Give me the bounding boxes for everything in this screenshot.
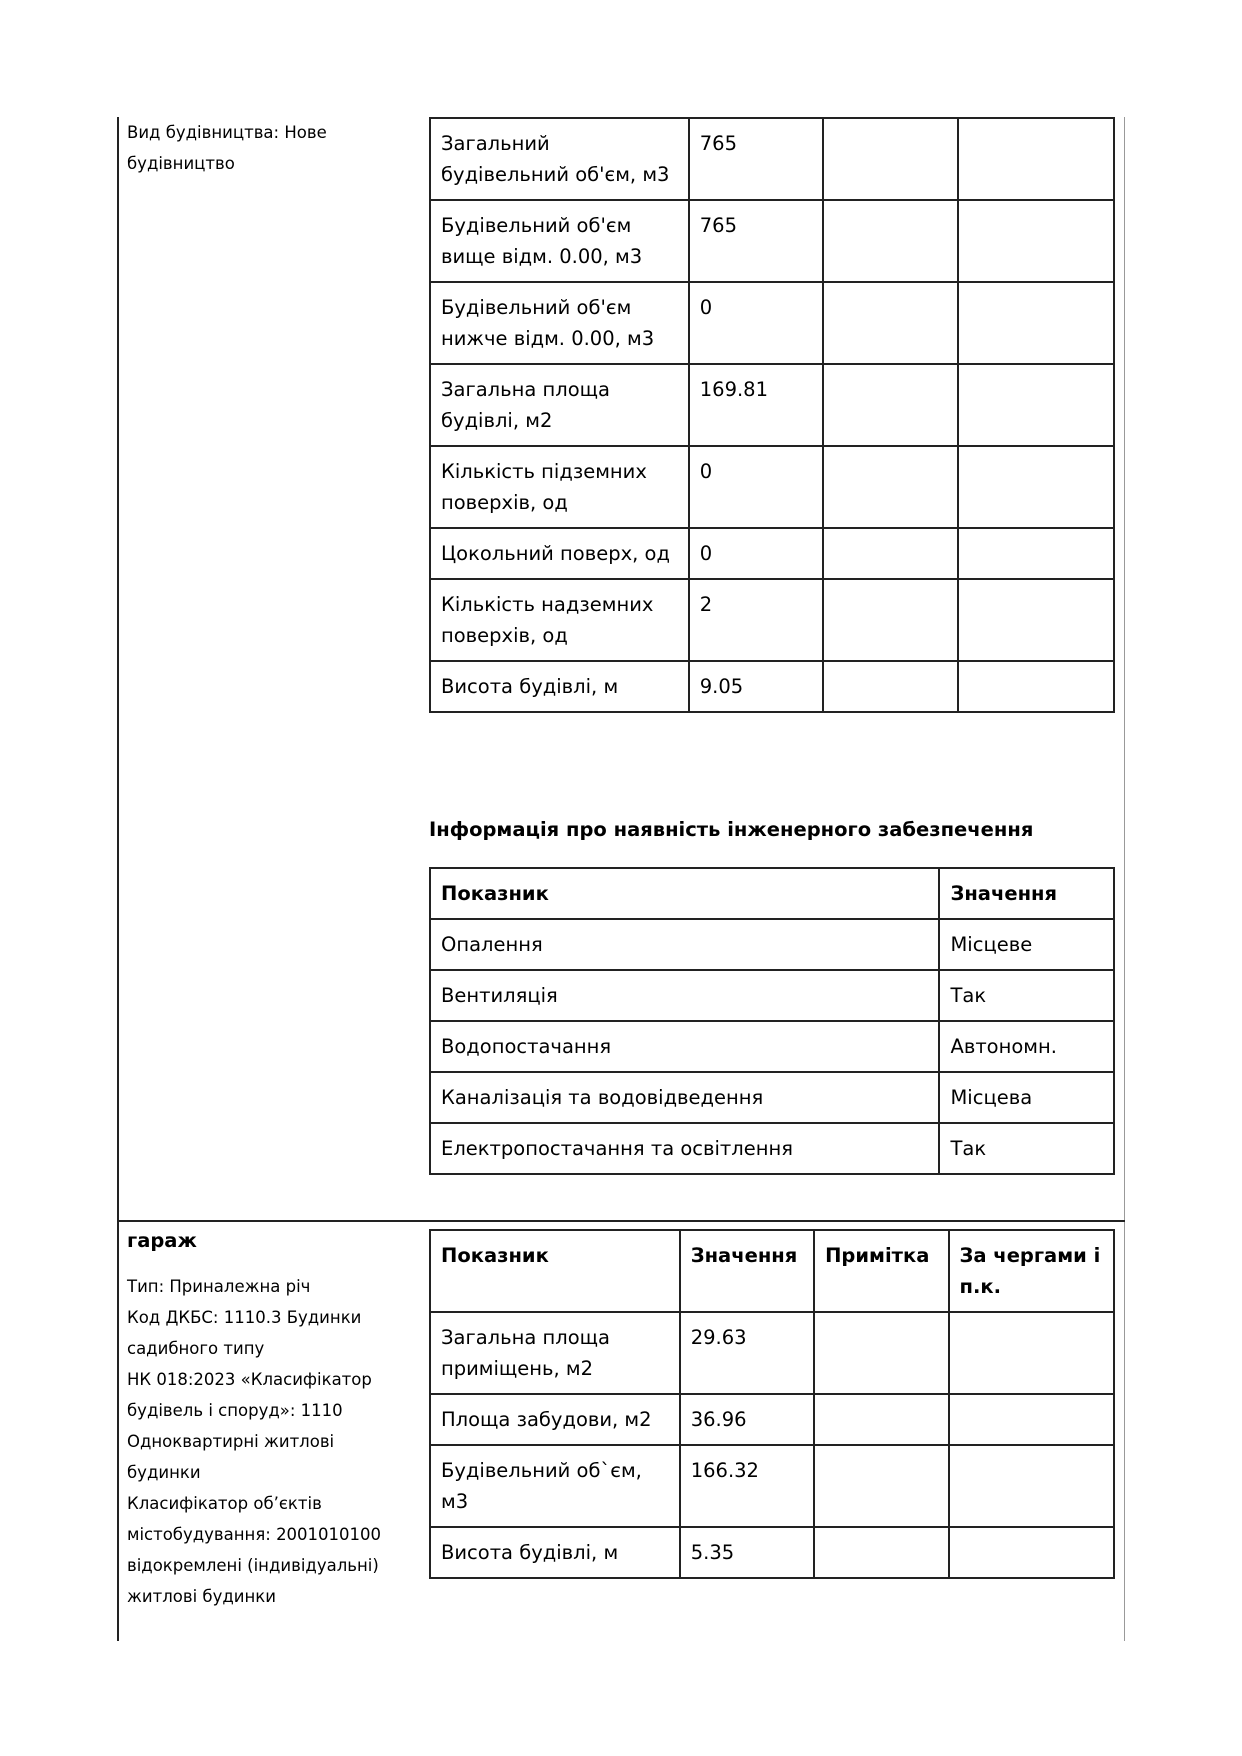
cell-label: Загальна площа приміщень, м2 (430, 1312, 680, 1394)
cell-stage (958, 661, 1114, 712)
cell-label: Загальна площа будівлі, м2 (430, 364, 689, 446)
outer-table-right-border (1124, 117, 1125, 1641)
cell-label: Каналізація та водовідведення (430, 1072, 939, 1123)
table-row: ВодопостачанняАвтономн. (430, 1021, 1114, 1072)
header-stages: За чергами і п.к. (949, 1230, 1115, 1312)
cell-value: 0 (689, 282, 823, 364)
cell-label: Вентиляція (430, 970, 939, 1021)
table-row: Висота будівлі, м9.05 (430, 661, 1114, 712)
construction-type-line-1: Вид будівництва: Нове (127, 117, 417, 148)
cell-label: Будівельний об'єм вище відм. 0.00, м3 (430, 200, 689, 282)
cell-value: 0 (689, 446, 823, 528)
cell-note (814, 1312, 948, 1394)
cell-stage (958, 364, 1114, 446)
cell-label: Водопостачання (430, 1021, 939, 1072)
cell-value: 9.05 (689, 661, 823, 712)
table-row: ВентиляціяТак (430, 970, 1114, 1021)
header-indicator: Показник (430, 1230, 680, 1312)
header-note: Примітка (814, 1230, 948, 1312)
garage-title: гараж (127, 1229, 417, 1253)
garage-info-line: містобудування: 2001010100 (127, 1519, 417, 1550)
cell-value: 169.81 (689, 364, 823, 446)
table-row: Висота будівлі, м5.35 (430, 1527, 1114, 1578)
building-info: Вид будівництва: Нове будівництво (127, 117, 417, 179)
cell-value: 29.63 (680, 1312, 814, 1394)
cell-value: 36.96 (680, 1394, 814, 1445)
cell-stage (949, 1312, 1115, 1394)
table-header-row: Показник Значення Примітка За чергами і … (430, 1230, 1114, 1312)
engineering-table: Показник Значення ОпаленняМісцевеВентиля… (429, 867, 1115, 1175)
table-row: Каналізація та водовідведенняМісцева (430, 1072, 1114, 1123)
cell-note (823, 282, 957, 364)
cell-label: Площа забудови, м2 (430, 1394, 680, 1445)
table-header-row: Показник Значення (430, 868, 1114, 919)
table-row: Електропостачання та освітленняТак (430, 1123, 1114, 1174)
cell-note (823, 200, 957, 282)
cell-stage (958, 118, 1114, 200)
cell-note (823, 118, 957, 200)
garage-info-line: Тип: Приналежна річ (127, 1271, 417, 1302)
cell-note (814, 1527, 948, 1578)
cell-value: 2 (689, 579, 823, 661)
cell-stage (958, 282, 1114, 364)
cell-note (823, 528, 957, 579)
cell-note (823, 446, 957, 528)
cell-value: Місцева (939, 1072, 1114, 1123)
garage-info-line: будівель і споруд»: 1110 (127, 1395, 417, 1426)
cell-value: Автономн. (939, 1021, 1114, 1072)
cell-value: 166.32 (680, 1445, 814, 1527)
table-row: Загальна площа приміщень, м229.63 (430, 1312, 1114, 1394)
garage-info-line: відокремлені (індивідуальні) (127, 1550, 417, 1581)
cell-value: 765 (689, 200, 823, 282)
cell-stage (958, 200, 1114, 282)
garage-info-line: Одноквартирні житлові (127, 1426, 417, 1457)
table-row: Загальна площа будівлі, м2169.81 (430, 364, 1114, 446)
section-divider (117, 1220, 1125, 1222)
cell-label: Кількість підземних поверхів, од (430, 446, 689, 528)
cell-label: Висота будівлі, м (430, 661, 689, 712)
table-row: Будівельний об'єм вище відм. 0.00, м3765 (430, 200, 1114, 282)
cell-stage (958, 528, 1114, 579)
cell-stage (958, 446, 1114, 528)
table-row: Площа забудови, м236.96 (430, 1394, 1114, 1445)
cell-stage (958, 579, 1114, 661)
cell-note (823, 661, 957, 712)
cell-label: Висота будівлі, м (430, 1527, 680, 1578)
outer-table-left-border (117, 117, 119, 1641)
cell-value: Так (939, 970, 1114, 1021)
cell-value: 765 (689, 118, 823, 200)
header-value: Значення (680, 1230, 814, 1312)
cell-value: 0 (689, 528, 823, 579)
cell-value: Так (939, 1123, 1114, 1174)
cell-label: Електропостачання та освітлення (430, 1123, 939, 1174)
table-row: Кількість підземних поверхів, од0 (430, 446, 1114, 528)
table-row: Загальний будівельний об'єм, м3765 (430, 118, 1114, 200)
cell-label: Загальний будівельний об'єм, м3 (430, 118, 689, 200)
cell-note (814, 1394, 948, 1445)
cell-note (814, 1445, 948, 1527)
cell-note (823, 364, 957, 446)
header-value: Значення (939, 868, 1114, 919)
cell-stage (949, 1445, 1115, 1527)
cell-stage (949, 1394, 1115, 1445)
cell-label: Будівельний об'єм нижче відм. 0.00, м3 (430, 282, 689, 364)
table-row: Кількість надземних поверхів, од2 (430, 579, 1114, 661)
table-row: ОпаленняМісцеве (430, 919, 1114, 970)
cell-label: Опалення (430, 919, 939, 970)
cell-label: Цокольний поверх, од (430, 528, 689, 579)
garage-info-line: Класифікатор об’єктів (127, 1488, 417, 1519)
garage-info-line: будинки (127, 1457, 417, 1488)
garage-info-line: садибного типу (127, 1333, 417, 1364)
garage-info: гараж Тип: Приналежна річКод ДКБС: 1110.… (127, 1229, 417, 1612)
garage-info-line: НК 018:2023 «Класифікатор (127, 1364, 417, 1395)
garage-info-line: Код ДКБС: 1110.3 Будинки (127, 1302, 417, 1333)
cell-stage (949, 1527, 1115, 1578)
table-row: Будівельний об`єм, м3166.32 (430, 1445, 1114, 1527)
table-row: Будівельний об'єм нижче відм. 0.00, м30 (430, 282, 1114, 364)
engineering-heading: Інформація про наявність інженерного заб… (429, 815, 1033, 845)
header-indicator: Показник (430, 868, 939, 919)
cell-label: Кількість надземних поверхів, од (430, 579, 689, 661)
cell-label: Будівельний об`єм, м3 (430, 1445, 680, 1527)
cell-value: Місцеве (939, 919, 1114, 970)
table-row: Цокольний поверх, од0 (430, 528, 1114, 579)
construction-type-line-2: будівництво (127, 148, 417, 179)
garage-params-table: Показник Значення Примітка За чергами і … (429, 1229, 1115, 1579)
cell-value: 5.35 (680, 1527, 814, 1578)
cell-note (823, 579, 957, 661)
building-params-table: Загальний будівельний об'єм, м3765Будіве… (429, 117, 1115, 713)
garage-info-line: житлові будинки (127, 1581, 417, 1612)
